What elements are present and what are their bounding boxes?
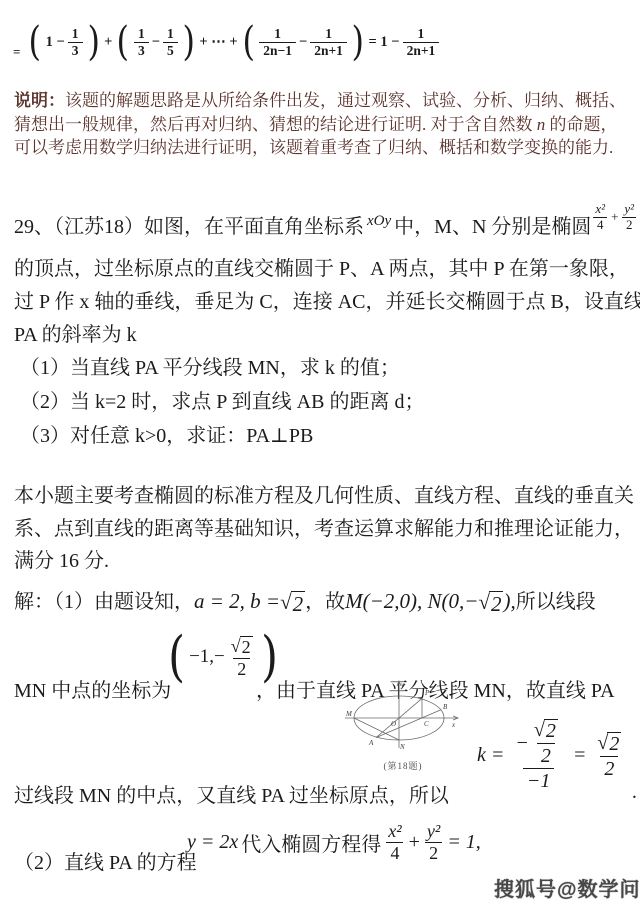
- fraction-y2-2: y² 2: [423, 821, 444, 862]
- fraction-1-5: 1 5: [163, 26, 178, 58]
- period: .: [632, 781, 637, 804]
- solution-text-midline: 过线段 MN 的中点，又直线 PA 过坐标原点，所以: [14, 779, 449, 808]
- label-y-axis: y: [400, 681, 405, 689]
- xoy-coordinate-label: xOy: [364, 213, 394, 230]
- plus-sign: +: [611, 209, 618, 225]
- minus-one-comma-minus: −1,−: [189, 646, 225, 668]
- sqrt-2: √2: [231, 636, 253, 658]
- term: 1 −: [46, 34, 65, 51]
- label-point-O: O: [391, 720, 396, 728]
- sqrt-2: √2: [280, 591, 305, 616]
- label-x-axis: x: [451, 721, 456, 729]
- commentary-line-2: 系、点到直线的距离等基础知识，考查运算求解能力和推理论证能力，: [14, 512, 634, 545]
- equals-one-minus: = 1 −: [369, 34, 400, 51]
- substitution-formula: y = 2x 代入椭圆方程得 x² 4 + y² 2 = 1,: [187, 812, 481, 872]
- fraction-1-2n+1: 1 2n+1: [310, 26, 347, 58]
- telescoping-sum-formula: ( 1 − 1 3 ) + ( 1 3 − 1 5 ) + ⋯ + ( 1 2n…: [27, 16, 439, 68]
- commentary-line-3: 满分 16 分.: [14, 544, 634, 577]
- explanation-note: 说明：该题的解题思路是从所给条件出发，通过观察、试验、分析、归纳、概括、 猜想出…: [14, 89, 626, 160]
- label-point-P: P: [424, 689, 430, 697]
- part-2-label: （2）直线 PA 的方程: [14, 846, 197, 875]
- question-3: （3）对任意 k>0，求证：PA⊥PB: [20, 419, 313, 448]
- fraction-sqrt2-2: √2 2: [530, 717, 562, 768]
- italic-n: n: [537, 115, 546, 134]
- solution-step-1: 解：（1）由题设知， a = 2, b = √2 ，故 M(−2,0), N(0…: [14, 585, 596, 616]
- note-line-3: 可以考虑用数学归纳法进行证明，该题着重考查了归纳、概括和数学变换的能力.: [14, 136, 626, 160]
- sqrt-2: √2: [478, 591, 503, 616]
- label-point-A: A: [368, 739, 374, 747]
- ellipse-diagram: y x M N O C B P A (第18题): [342, 678, 464, 772]
- minus-sign: −: [152, 34, 160, 51]
- question-1: （1）当直线 PA 平分线段 MN，求 k 的值；: [20, 351, 400, 380]
- plus-sign: +: [409, 831, 420, 854]
- minus-sign: −: [299, 34, 307, 51]
- problem-29-line-2: 的顶点，过坐标原点的直线交椭圆于 P、A 两点，其中 P 在第一象限，: [14, 252, 629, 281]
- label-point-C: C: [424, 720, 429, 728]
- ellipsis-dots: + ⋯ +: [199, 34, 237, 51]
- fraction-1-3: 1 3: [68, 26, 83, 58]
- fraction-1-2n+1: 1 2n+1: [403, 26, 440, 58]
- figure-caption: (第18题): [342, 759, 464, 772]
- sqrt-2: √2: [597, 732, 621, 756]
- problem-29-line-3: 过 P 作 x 轴的垂线，垂足为 C，连接 AC，并延长交椭圆于点 B，设直线: [14, 285, 640, 314]
- label-point-B: B: [443, 703, 448, 711]
- fraction-x2-4: x² 4: [591, 202, 609, 232]
- fraction-sqrt2-2: √2 2: [227, 635, 257, 679]
- fraction-1-3: 1 3: [134, 26, 149, 58]
- plus-sign: +: [104, 34, 112, 51]
- fraction-1-2n-1: 1 2n−1: [259, 26, 296, 58]
- math-solution-document: = ( 1 − 1 3 ) + ( 1 3 − 1 5 ) + ⋯ + ( 1 …: [0, 0, 640, 905]
- y-equals-2x: y = 2x: [187, 831, 238, 854]
- note-line-1: 说明：该题的解题思路是从所给条件出发，通过观察、试验、分析、归纳、概括、: [14, 89, 626, 113]
- midpoint-text-pre: MN 中点的坐标为: [14, 674, 171, 703]
- label-point-M: M: [345, 710, 353, 718]
- ellipse-equation: x² 4 + y² 2 = 1: [591, 202, 640, 232]
- nested-fraction: − √2 2 −1: [511, 717, 565, 793]
- slope-k-formula: k = − √2 2 −1 = √2 2 .: [477, 706, 637, 804]
- k-equals: k =: [477, 744, 504, 767]
- label-point-N: N: [399, 743, 405, 751]
- minus-sign: −: [515, 731, 529, 755]
- problem-29-line-4: PA 的斜率为 k: [14, 318, 137, 347]
- note-line-2: 猜想出一般规律，然后再对归纳、猜想的结论进行证明. 对于含自然数 n 的命题，: [14, 113, 626, 137]
- ellipse-figure-svg: y x M N O C B P A: [342, 678, 464, 754]
- fraction-x2-4: x² 4: [384, 821, 405, 862]
- fraction-y2-2: y² 2: [620, 202, 638, 232]
- question-2: （2）当 k=2 时，求点 P 到直线 AB 的距离 d；: [20, 385, 424, 414]
- problem-29-line-1: 29、（江苏18）如图，在平面直角坐标系 xOy 中，M、N 分别是椭圆 x² …: [14, 201, 640, 247]
- formula-continuation-equals: =: [13, 44, 20, 60]
- sqrt-2: √2: [534, 719, 558, 743]
- commentary-line-1: 本小题主要考查椭圆的标准方程及几何性质、直线方程、直线的垂直关: [14, 479, 634, 512]
- sohu-watermark: 搜狐号@数学问答: [494, 873, 640, 902]
- fraction-sqrt2-2: √2 2: [593, 730, 625, 781]
- denominator-minus-1: −1: [523, 768, 555, 793]
- grading-commentary: 本小题主要考查椭圆的标准方程及几何性质、直线方程、直线的垂直关 系、点到直线的距…: [14, 479, 634, 577]
- equals-sign: =: [573, 744, 587, 767]
- note-label: 说明：: [14, 91, 65, 110]
- equals-one-comma: = 1,: [447, 831, 481, 854]
